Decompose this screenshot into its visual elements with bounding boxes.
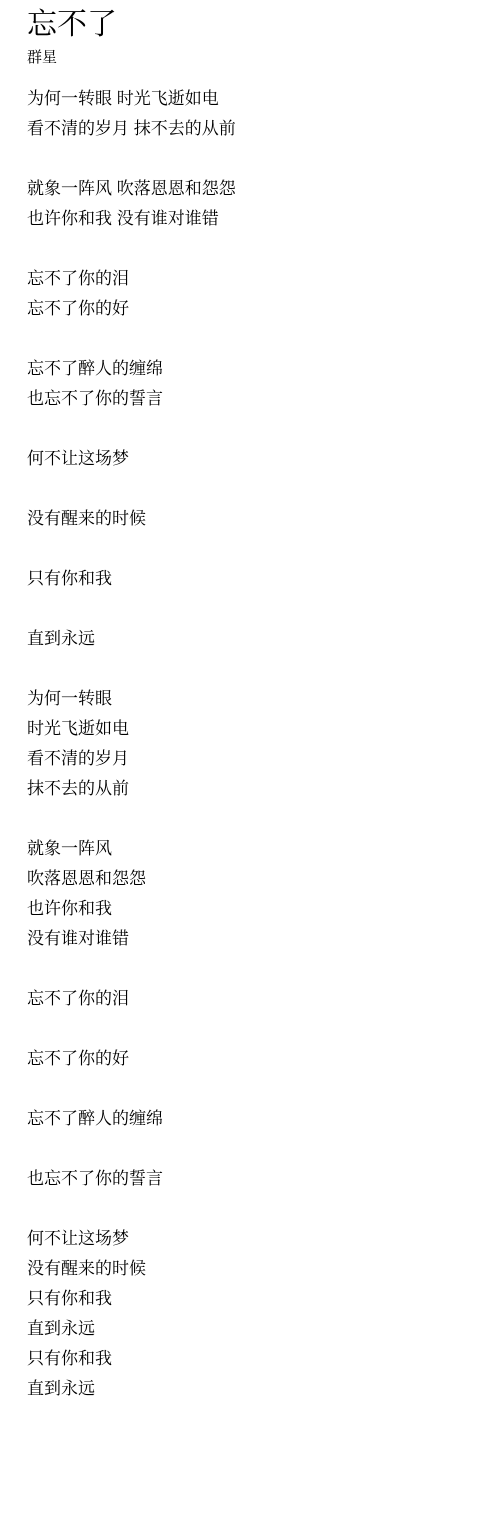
- lyric-line: 也忘不了你的誓言: [27, 384, 480, 414]
- lyric-line: 何不让这场梦: [27, 1224, 480, 1254]
- lyric-line: 忘不了你的好: [27, 1044, 480, 1074]
- lyric-line: 看不清的岁月 抹不去的从前: [27, 114, 480, 144]
- lyrics-container: 为何一转眼 时光飞逝如电看不清的岁月 抹不去的从前就象一阵风 吹落恩恩和怨怨也许…: [27, 84, 480, 1404]
- lyrics-page: { "page": { "background_color": "#ffffff…: [0, 0, 500, 1540]
- stanza: 忘不了你的好: [27, 1044, 480, 1074]
- stanza: 也忘不了你的誓言: [27, 1164, 480, 1194]
- lyric-line: 只有你和我: [27, 564, 480, 594]
- stanza: 忘不了你的泪: [27, 984, 480, 1014]
- lyric-line: 忘不了醉人的缠绵: [27, 354, 480, 384]
- lyric-line: 忘不了你的泪: [27, 264, 480, 294]
- lyric-line: 时光飞逝如电: [27, 714, 480, 744]
- lyric-line: 忘不了你的泪: [27, 984, 480, 1014]
- stanza: 只有你和我: [27, 564, 480, 594]
- lyric-line: 没有醒来的时候: [27, 504, 480, 534]
- lyric-line: 只有你和我: [27, 1344, 480, 1374]
- lyric-line: 何不让这场梦: [27, 444, 480, 474]
- lyric-line: 忘不了醉人的缠绵: [27, 1104, 480, 1134]
- lyric-line: 也许你和我 没有谁对谁错: [27, 204, 480, 234]
- lyric-line: 吹落恩恩和怨怨: [27, 864, 480, 894]
- lyric-line: 就象一阵风 吹落恩恩和怨怨: [27, 174, 480, 204]
- stanza: 何不让这场梦没有醒来的时候只有你和我直到永远只有你和我直到永远: [27, 1224, 480, 1404]
- stanza: 忘不了醉人的缠绵: [27, 1104, 480, 1134]
- stanza: 忘不了你的泪忘不了你的好: [27, 264, 480, 324]
- stanza: 就象一阵风 吹落恩恩和怨怨也许你和我 没有谁对谁错: [27, 174, 480, 234]
- lyric-line: 直到永远: [27, 624, 480, 654]
- stanza: 为何一转眼 时光飞逝如电看不清的岁月 抹不去的从前: [27, 84, 480, 144]
- stanza: 直到永远: [27, 624, 480, 654]
- lyric-line: 抹不去的从前: [27, 774, 480, 804]
- lyric-line: 为何一转眼: [27, 684, 480, 714]
- lyric-line: 也许你和我: [27, 894, 480, 924]
- lyric-line: 也忘不了你的誓言: [27, 1164, 480, 1194]
- lyric-line: 没有醒来的时候: [27, 1254, 480, 1284]
- song-title: 忘不了: [27, 6, 480, 44]
- stanza: 为何一转眼时光飞逝如电看不清的岁月抹不去的从前: [27, 684, 480, 804]
- lyric-line: 直到永远: [27, 1314, 480, 1344]
- stanza: 没有醒来的时候: [27, 504, 480, 534]
- stanza: 忘不了醉人的缠绵也忘不了你的誓言: [27, 354, 480, 414]
- lyric-line: 看不清的岁月: [27, 744, 480, 774]
- lyric-line: 忘不了你的好: [27, 294, 480, 324]
- lyric-line: 只有你和我: [27, 1284, 480, 1314]
- stanza: 就象一阵风吹落恩恩和怨怨也许你和我没有谁对谁错: [27, 834, 480, 954]
- lyric-line: 就象一阵风: [27, 834, 480, 864]
- lyric-line: 为何一转眼 时光飞逝如电: [27, 84, 480, 114]
- lyric-line: 没有谁对谁错: [27, 924, 480, 954]
- stanza: 何不让这场梦: [27, 444, 480, 474]
- artist-name: 群星: [27, 48, 480, 68]
- lyric-line: 直到永远: [27, 1374, 480, 1404]
